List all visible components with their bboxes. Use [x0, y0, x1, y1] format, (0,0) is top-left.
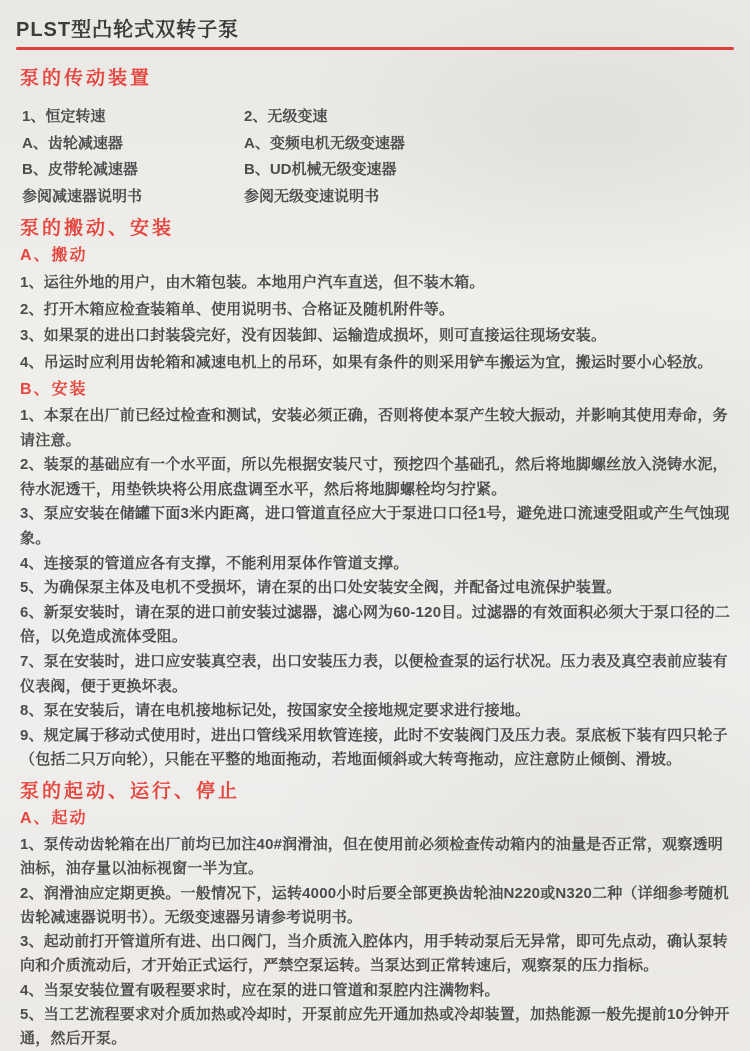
list-item: 2、无级变速 [244, 104, 734, 131]
list-item: B、UD机械无级变速器 [244, 157, 734, 184]
paragraph: 3、泵应安装在储罐下面3米内距离，进口管道直径应大于泵进口口径1号，避免进口流速… [20, 502, 734, 551]
paragraph: 1、本泵在出厂前已经过检查和测试，安装必须正确，否则将使本泵产生较大振动，并影响… [20, 404, 734, 453]
list-item: 参阅无级变速说明书 [244, 184, 734, 211]
document-page: PLST型凸轮式双转子泵 泵的传动装置 1、恒定转速 A、齿轮减速器 B、皮带轮… [0, 0, 750, 1051]
paragraph: 2、装泵的基础应有一个水平面，所以先根据安装尺寸，预挖四个基础孔，然后将地脚螺丝… [20, 453, 734, 502]
list-item: B、皮带轮减速器 [22, 157, 244, 184]
installation-items: 1、本泵在出厂前已经过检查和测试，安装必须正确，否则将使本泵产生较大振动，并影响… [20, 404, 734, 773]
title-divider-rule [16, 47, 734, 50]
list-item: 参阅减速器说明书 [22, 184, 244, 211]
paragraph: 5、当工艺流程要求对介质加热或冷却时，开泵前应先开通加热或冷却装置，加热能源一般… [20, 1003, 734, 1051]
page-title: PLST型凸轮式双转子泵 [16, 18, 734, 42]
paragraph: 4、当泵安装位置有吸程要求时，应在泵的进口管道和泵腔内注满物料。 [20, 979, 734, 1003]
paragraph: 3、起动前打开管道所有进、出口阀门，当介质流入腔体内，用手转动泵后无异常，即可先… [20, 930, 734, 979]
paragraph: 6、新泵安装时，请在泵的进口前安装过滤器，滤心网为60-120目。过滤器的有效面… [20, 601, 734, 650]
paragraph: 4、吊运时应利用齿轮箱和减速电机上的吊环，如果有条件的则采用铲车搬运为宜，搬运时… [20, 350, 734, 377]
moving-items: 1、运往外地的用户，由木箱包装。本地用户汽车直送，但不装木箱。 2、打开木箱应检… [20, 270, 734, 376]
paragraph: 8、泵在安装后，请在电机接地标记处，按国家安全接地规定要求进行接地。 [20, 699, 734, 724]
subsection-heading-startup: A、起动 [20, 807, 734, 831]
transmission-columns: 1、恒定转速 A、齿轮减速器 B、皮带轮减速器 参阅减速器说明书 2、无级变速 … [22, 104, 734, 210]
section-heading-handling-installation: 泵的搬动、安装 [20, 216, 734, 242]
list-item: A、齿轮减速器 [22, 131, 244, 158]
section-heading-transmission: 泵的传动装置 [20, 66, 734, 92]
section-heading-startup-operation: 泵的起动、运行、停止 [20, 779, 734, 805]
paragraph: 3、如果泵的进出口封装袋完好，没有因装卸、运输造成损坏，则可直接运往现场安装。 [20, 323, 734, 350]
transmission-col-variable-speed: 2、无级变速 A、变频电机无级变速器 B、UD机械无级变速器 参阅无级变速说明书 [244, 104, 734, 210]
transmission-col-fixed-speed: 1、恒定转速 A、齿轮减速器 B、皮带轮减速器 参阅减速器说明书 [22, 104, 244, 210]
paragraph: 4、连接泵的管道应各有支撑，不能利用泵体作管道支撑。 [20, 552, 734, 577]
startup-items: 1、泵传动齿轮箱在出厂前均已加注40#润滑油，但在使用前必须检查传动箱内的油量是… [20, 833, 734, 1051]
paragraph: 2、打开木箱应检查装箱单、使用说明书、合格证及随机附件等。 [20, 297, 734, 324]
paragraph: 7、泵在安装时，进口应安装真空表，出口安装压力表，以便检查泵的运行状况。压力表及… [20, 650, 734, 699]
list-item: A、变频电机无级变速器 [244, 131, 734, 158]
paragraph: 9、规定属于移动式使用时，进出口管线采用软管连接，此时不安装阀门及压力表。泵底板… [20, 724, 734, 773]
list-item: 1、恒定转速 [22, 104, 244, 131]
paragraph: 1、泵传动齿轮箱在出厂前均已加注40#润滑油，但在使用前必须检查传动箱内的油量是… [20, 833, 734, 882]
paragraph: 2、润滑油应定期更换。一般情况下，运转4000小时后要全部更换齿轮油N220或N… [20, 882, 734, 931]
paragraph: 1、运往外地的用户，由木箱包装。本地用户汽车直送，但不装木箱。 [20, 270, 734, 297]
subsection-heading-installation: B、安装 [20, 378, 734, 402]
paragraph: 5、为确保泵主体及电机不受损坏，请在泵的出口处安装安全阀，并配备过电流保护装置。 [20, 576, 734, 601]
subsection-heading-moving: A、搬动 [20, 244, 734, 268]
